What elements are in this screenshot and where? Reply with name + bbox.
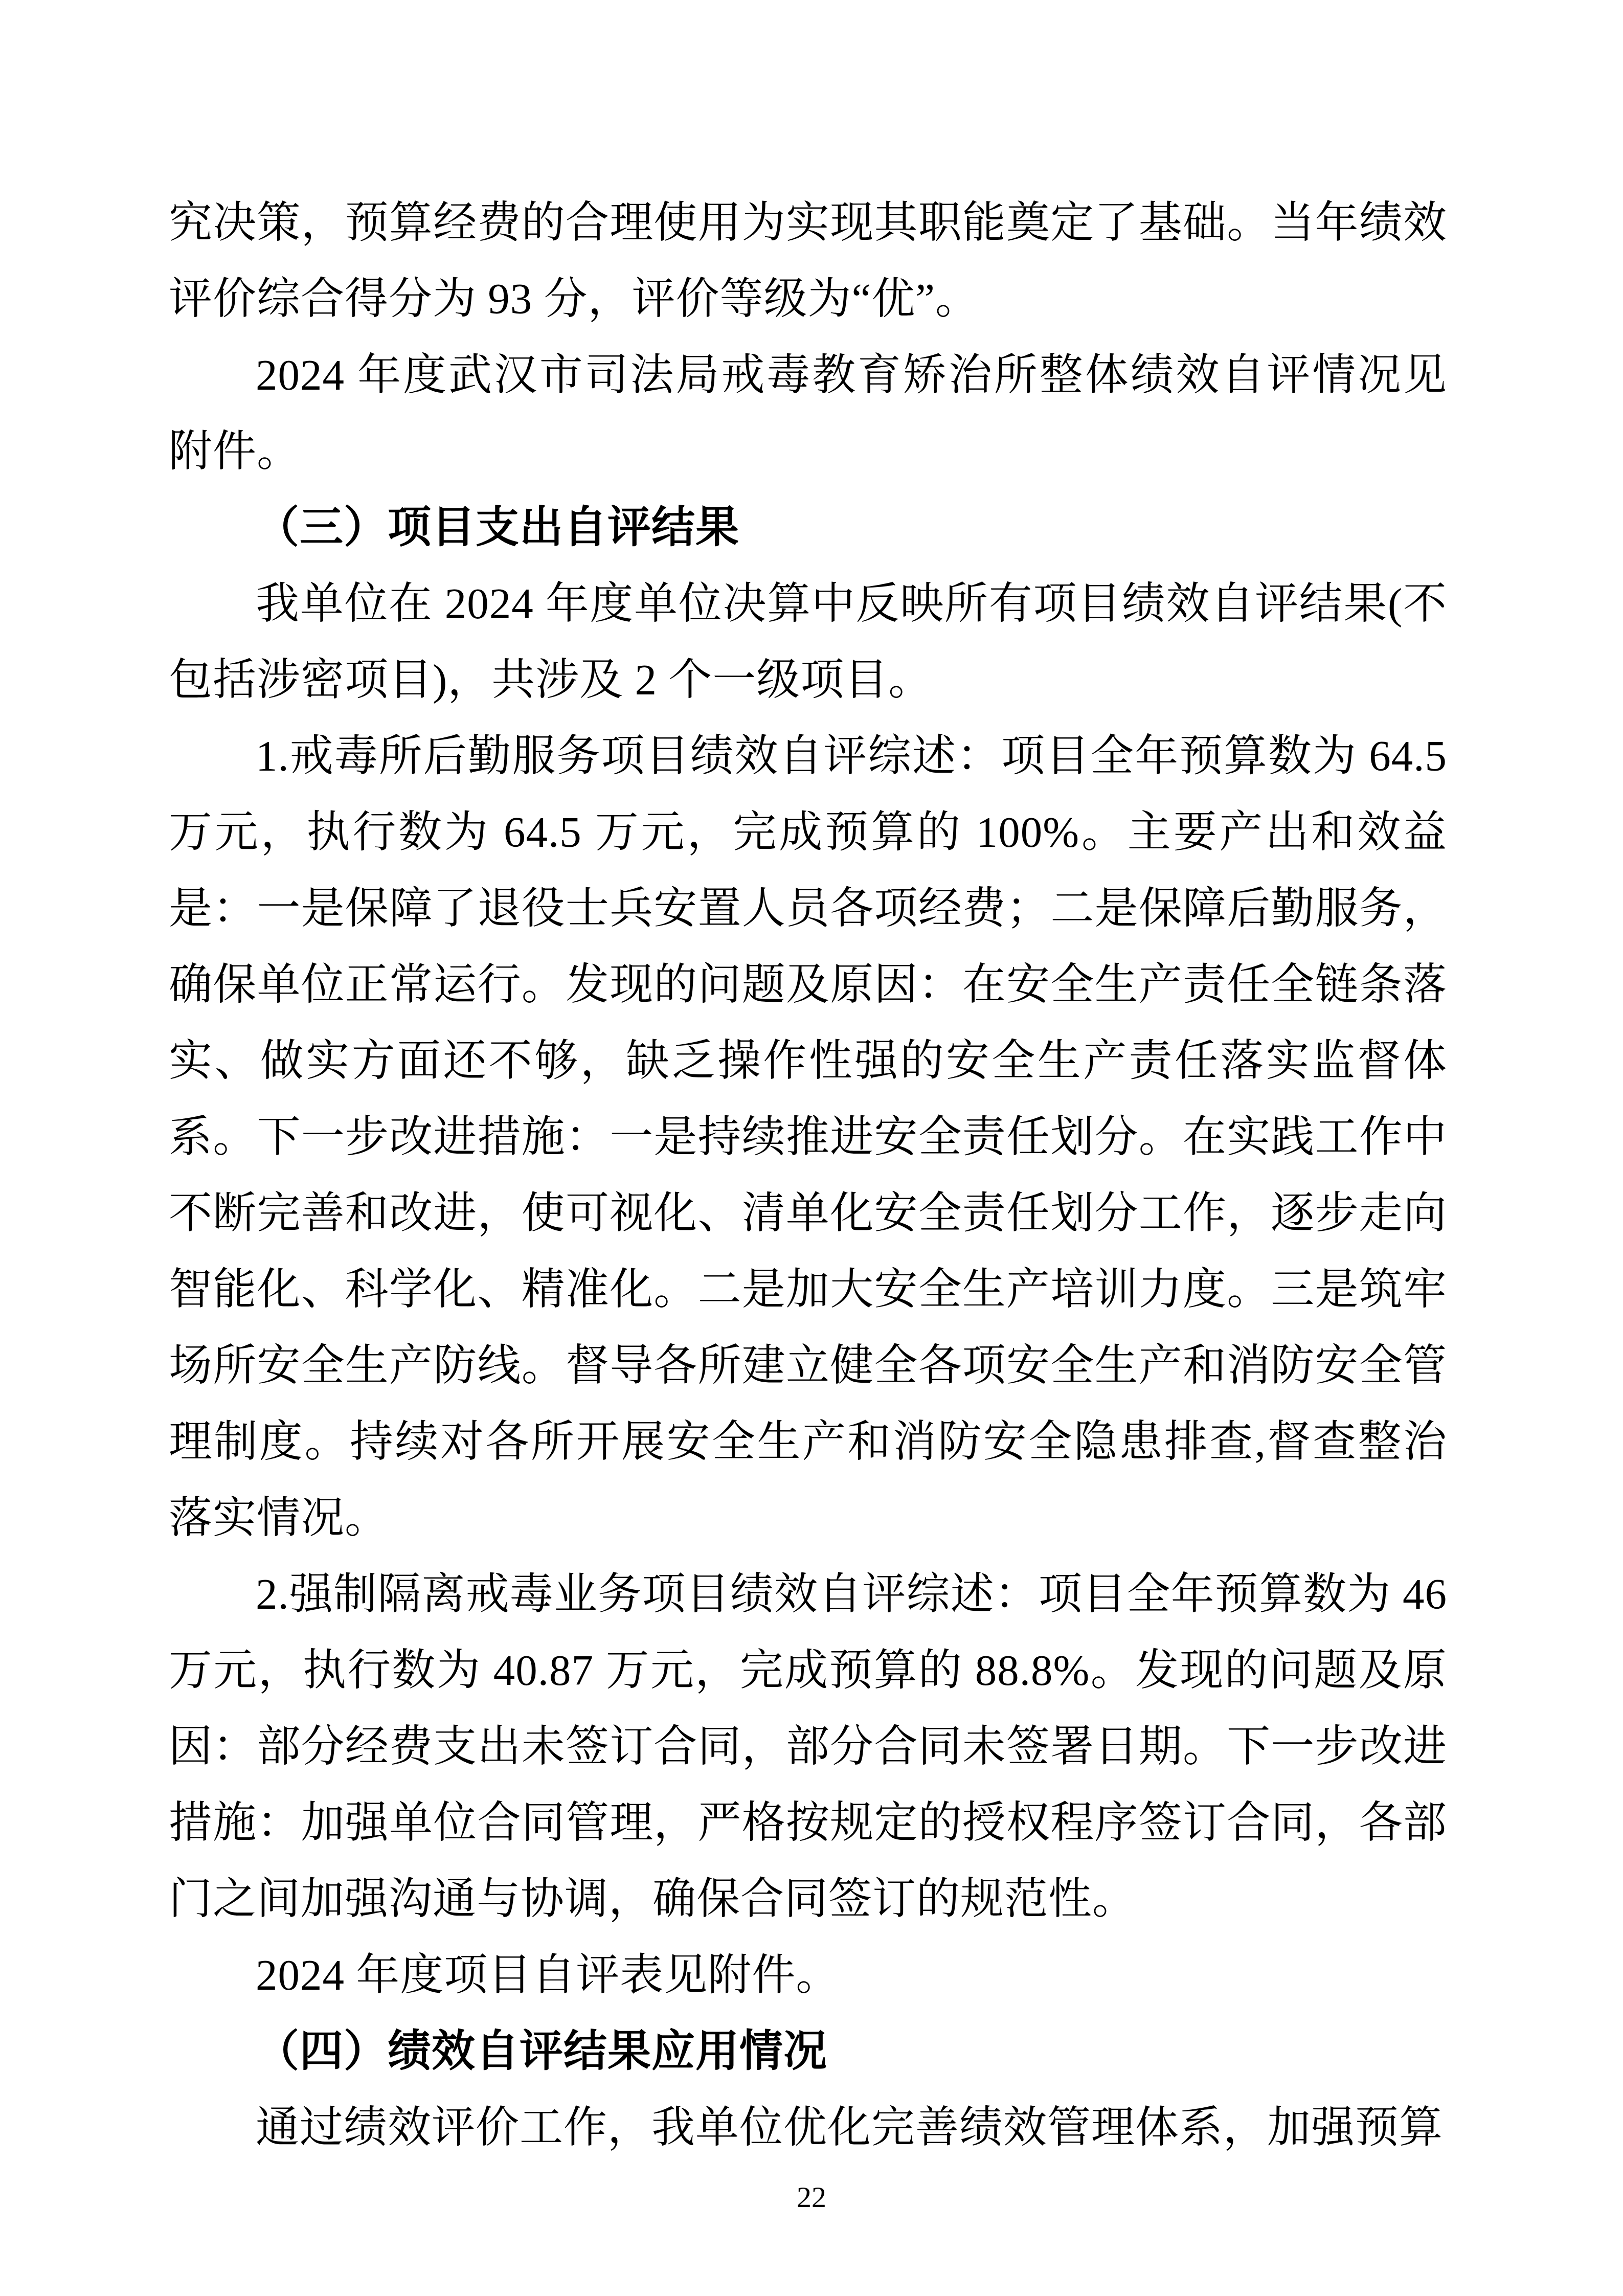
paragraph-result-application: 通过绩效评价工作，我单位优化完善绩效管理体系，加强预算 xyxy=(169,2090,1447,2166)
page-number: 22 xyxy=(0,2179,1623,2215)
paragraph-project-scope: 我单位在 2024 年度单位决算中反映所有项目绩效自评结果(不包括涉密项目)，共… xyxy=(169,566,1447,718)
paragraph-attachment-note-project-table: 2024 年度项目自评表见附件。 xyxy=(169,1938,1447,2014)
document-page: 究决策，预算经费的合理使用为实现其职能奠定了基础。当年绩效评价综合得分为 93 … xyxy=(0,0,1623,2296)
section-heading-self-eval-result-application: （四）绩效自评结果应用情况 xyxy=(169,2014,1447,2090)
section-heading-project-expenditure-self-eval: （三）项目支出自评结果 xyxy=(169,490,1447,566)
paragraph-project-1-logistics-service: 1.戒毒所后勤服务项目绩效自评综述：项目全年预算数为 64.5 万元，执行数为 … xyxy=(169,718,1447,1557)
paragraph-continuation: 究决策，预算经费的合理使用为实现其职能奠定了基础。当年绩效评价综合得分为 93 … xyxy=(169,185,1447,337)
paragraph-project-2-compulsory-isolation: 2.强制隔离戒毒业务项目绩效自评综述：项目全年预算数为 46 万元，执行数为 4… xyxy=(169,1557,1447,1938)
paragraph-attachment-note-overall: 2024 年度武汉市司法局戒毒教育矫治所整体绩效自评情况见附件。 xyxy=(169,337,1447,490)
document-text-block: 究决策，预算经费的合理使用为实现其职能奠定了基础。当年绩效评价综合得分为 93 … xyxy=(169,185,1447,2166)
